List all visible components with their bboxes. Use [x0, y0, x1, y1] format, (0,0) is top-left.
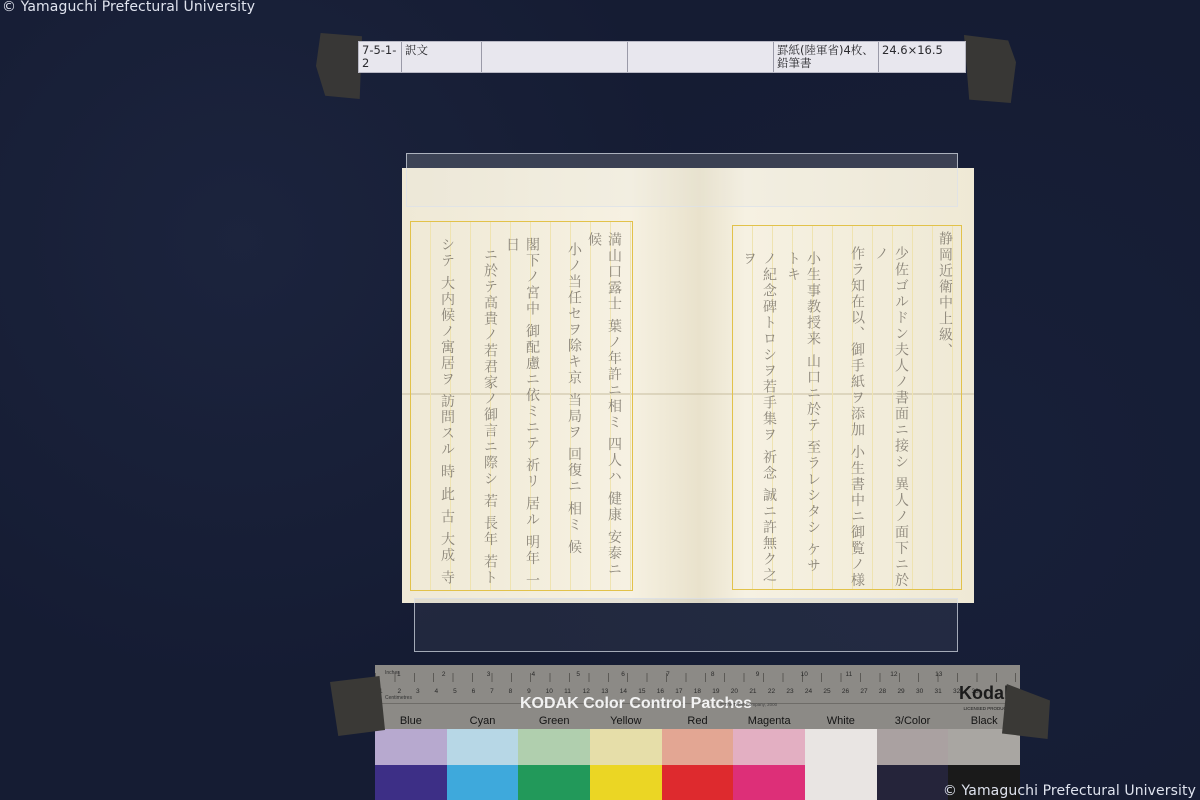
manuscript-column: ニ於テ高貴ノ若君家ノ御言ニ際シ 若 長年 若ト [480, 247, 500, 586]
label-empty-2 [628, 42, 774, 72]
tick: 18 [694, 688, 713, 695]
tick: 30 [916, 688, 935, 695]
tick: 11 [564, 688, 583, 695]
tick: 13 [935, 671, 980, 678]
acrylic-holder-bottom [414, 598, 958, 652]
centimetres-label: Centimetres [385, 695, 412, 701]
tick: 5 [576, 671, 621, 678]
tick: 25 [823, 688, 842, 695]
tape-bottom-left [330, 676, 385, 736]
tick: 26 [842, 688, 861, 695]
tick: 2 [398, 688, 417, 695]
tick: 4 [532, 671, 577, 678]
tick: 12 [890, 671, 935, 678]
manuscript-column: 静岡近衛中上級、 [935, 231, 955, 359]
tick: 3 [416, 688, 435, 695]
tick: 2 [442, 671, 487, 678]
tick: 4 [435, 688, 454, 695]
patch-label: 3/Color [877, 715, 949, 727]
patch-label: Green [518, 715, 590, 727]
patch-top [518, 729, 590, 765]
patch-bottom [375, 765, 447, 800]
patch-labels: Blue Cyan Green Yellow Red Magenta White… [375, 715, 1020, 727]
tick: 27 [860, 688, 879, 695]
tick: 9 [527, 688, 546, 695]
patch-bottom [518, 765, 590, 800]
patch-label: Yellow [590, 715, 662, 727]
patch-top [375, 729, 447, 765]
patch-top [590, 729, 662, 765]
patch-column [447, 729, 519, 800]
patch-label: White [805, 715, 877, 727]
tape-top-left [316, 33, 362, 99]
tick: 6 [621, 671, 666, 678]
patch-bottom [733, 765, 805, 800]
patch-column [805, 729, 877, 800]
watermark-bottom: © Yamaguchi Prefectural University [943, 783, 1196, 799]
tick: 8 [509, 688, 528, 695]
patch-column [662, 729, 734, 800]
patch-top [877, 729, 949, 765]
patch-bottom [590, 765, 662, 800]
kodak-color-card: Inches 12345678910111213 123456789101112… [375, 665, 1020, 800]
patch-top [447, 729, 519, 765]
tape-bottom-right [1002, 684, 1050, 739]
left-ruled-panel: 満山口露士 葉ノ年許ニ相ミ 四人ハ 健康 安泰ニ候 小ノ当任セヲ除キ京 当局ヲ … [410, 221, 633, 591]
manuscript-column: シテ 大内候ノ寓居ヲ 訪問スル 時 此 古 大成 寺 [437, 237, 457, 586]
manuscript-column: 作ラ知在以、御手紙ヲ添加 小生書中ニ御覧ノ様 [847, 246, 867, 588]
label-description: 罫紙(陸軍省)4枚、 鉛筆書 [774, 42, 879, 72]
tick: 7 [666, 671, 711, 678]
tick: 17 [675, 688, 694, 695]
patch-bottom [877, 765, 949, 800]
manuscript-column: 閣下ノ宮中 御配慮ニ依ミニテ 祈リ 居ル 明年 一日 [502, 237, 542, 590]
tick: 14 [620, 688, 639, 695]
tick: 31 [934, 688, 953, 695]
tick: 24 [805, 688, 824, 695]
kodak-title: KODAK Color Control Patches [520, 695, 752, 713]
tick: 28 [879, 688, 898, 695]
cm-ticks: 1234567891011121314151617181920212223242… [379, 688, 990, 695]
manuscript-column: 小生事教授来 山口ニ於テ 至ラレシタシ ケサトキ [783, 251, 823, 589]
tick: 1 [397, 671, 442, 678]
patch-bottom [805, 765, 877, 800]
patch-label: Blue [375, 715, 447, 727]
color-patches [375, 729, 1020, 800]
tick: 5 [453, 688, 472, 695]
patch-bottom [662, 765, 734, 800]
patch-column [518, 729, 590, 800]
manuscript-column: 少佐ゴルドン夫人ノ書面ニ接シ 異人ノ面下ニ於ノ [871, 246, 911, 589]
tick: 16 [657, 688, 676, 695]
patch-label: Red [662, 715, 734, 727]
tick: 15 [638, 688, 657, 695]
tick: 6 [472, 688, 491, 695]
tick: 23 [786, 688, 805, 695]
kodak-copyright: © The Tiffen Company, 2000 [720, 702, 777, 707]
tick: 13 [601, 688, 620, 695]
tick: 22 [768, 688, 787, 695]
patch-bottom [447, 765, 519, 800]
inch-ticks: 12345678910111213 [397, 671, 980, 678]
manuscript-column: 満山口露士 葉ノ年許ニ相ミ 四人ハ 健康 安泰ニ候 [584, 232, 624, 590]
patch-column [877, 729, 949, 800]
manuscript-document: 満山口露士 葉ノ年許ニ相ミ 四人ハ 健康 安泰ニ候 小ノ当任セヲ除キ京 当局ヲ … [402, 168, 974, 603]
watermark-top: © Yamaguchi Prefectural University [2, 0, 255, 15]
tick: 11 [845, 671, 890, 678]
patch-label: Cyan [447, 715, 519, 727]
label-dimensions: 24.6×16.5 [879, 42, 965, 72]
patch-column [733, 729, 805, 800]
manuscript-column: 小ノ当任セヲ除キ京 当局ヲ 回復ニ 相ミ 候 [564, 242, 584, 556]
tick: 9 [756, 671, 801, 678]
tick: 8 [711, 671, 756, 678]
manuscript-column: ノ紀念碑トロシヲ若手集ヲ 祈念 誠ニ許無ク之ヲ [739, 251, 779, 589]
label-title: 訳文 [402, 42, 482, 72]
label-item-number: 7-5-1-2 [359, 42, 402, 72]
tick: 29 [897, 688, 916, 695]
patch-column [590, 729, 662, 800]
tick: 1 [379, 688, 398, 695]
tick: 12 [583, 688, 602, 695]
patch-column [375, 729, 447, 800]
catalog-label: 7-5-1-2 訳文 罫紙(陸軍省)4枚、 鉛筆書 24.6×16.5 [358, 41, 966, 73]
right-ruled-panel: 静岡近衛中上級、 少佐ゴルドン夫人ノ書面ニ接シ 異人ノ面下ニ於ノ 作ラ知在以、御… [732, 225, 962, 590]
patch-top [662, 729, 734, 765]
tick: 21 [749, 688, 768, 695]
tick: 19 [712, 688, 731, 695]
tick: 10 [546, 688, 565, 695]
acrylic-holder-top [406, 153, 958, 207]
patch-label: Magenta [733, 715, 805, 727]
label-empty-1 [482, 42, 628, 72]
tape-top-right [964, 35, 1016, 103]
tick: 3 [487, 671, 532, 678]
tick: 10 [801, 671, 846, 678]
tick: 20 [731, 688, 750, 695]
patch-top [733, 729, 805, 765]
tick: 7 [490, 688, 509, 695]
patch-top [805, 729, 877, 765]
